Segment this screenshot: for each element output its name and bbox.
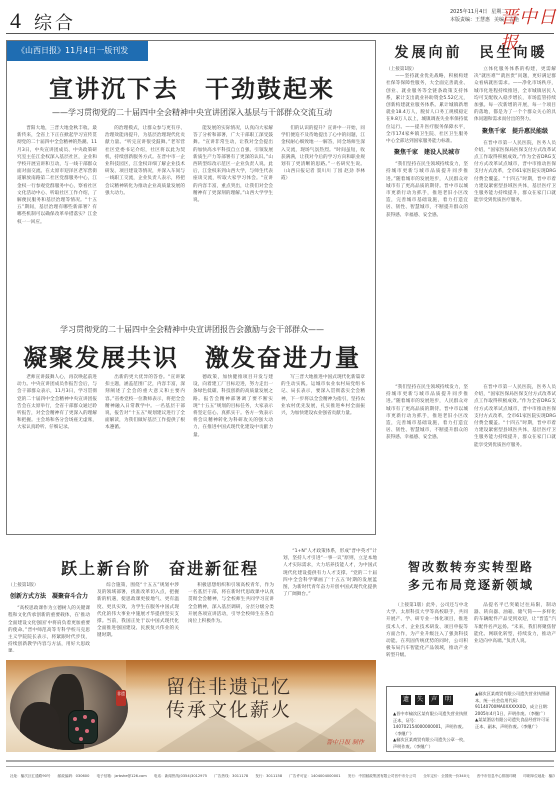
article-text: 出新的更大优异的答卷。“宣讲紧扣主题，涵盖范围广泛，内容丰富，深刻阐述了全会的重… (105, 374, 185, 432)
article-text: 综合施策，围绕“十五五”规划中涉及的领域部署，找准改革切入点，把握新的机遇，使思… (97, 582, 179, 640)
masthead-divider (6, 33, 554, 34)
footer-price: 全年定价：全国统一价340元 (423, 774, 469, 778)
lead-column-2: 的治理模式，让群众参与更有序、治理效能再提升，为基层治理现代化贡献力量。“听完宣… (105, 125, 185, 315)
right-column-2: 立体化服务体系的构建，更需解决“就医难”“就医贵”问题，更好满足群众看病就医需求… (474, 66, 556, 381)
right2-column-2: 品提名平已突破过往局限，制动器、转向器、油箱、储气筒——多样化的车辆配件产品受到… (474, 602, 556, 680)
second-subheadline: 学习贯彻党的二十届四中全会精神中央宣讲团报告会激励与会干部群众—— (7, 324, 377, 335)
lead-headline: 宣讲沉下去 干劲鼓起来 (7, 69, 377, 104)
second-column-2: 出新的更大优异的答卷。“宣讲紧扣主题，涵盖范围广泛，内容丰富，深刻阐述了全会的重… (105, 374, 185, 529)
article-text: “高校思政课作为立德树人的关键课程和文化传承创新的重要载体，在‘推动全面建设文化… (8, 605, 90, 652)
republish-tag: 《山西日报》11月4日一版刊发 (7, 41, 148, 61)
lost-notice-box: 遗 失 声 明 ▲晋中市榆次区某有限公司遗失营业执照正本，证号：14070215… (386, 686, 556, 752)
footer-ad-license: 广告许可证：1404004000001 (289, 774, 340, 778)
article-text: 写三晋大地推进中国式现代化新篇章的生动实践。运城市农业农村局党组书记、局长表示，… (281, 374, 365, 417)
article-text: ——坚持就业优先战略，积极构建社保等保障性服务，大全面完善就业、创业、就业服务等… (386, 73, 468, 145)
lead-article-box: 《山西日报》11月4日一版刊发 宣讲沉下去 干劲鼓起来 ——学习贯彻党的二十届四… (6, 40, 376, 535)
footer-postcode: 邮政编码：030600 (58, 774, 90, 778)
footer-distribution-phone: 发行：3011158 (255, 774, 282, 778)
footer-ad-phone: 广告热线：3011178 (214, 774, 248, 778)
third-column-3: 积极思想组织和引领高校青年，作为一名基层干部，将在新时代思政课中认真贯彻全会精神… (188, 582, 274, 652)
continued-from-label: （上接第1版） (386, 66, 468, 73)
article-text: 老师宣讲鼓舞人心，再次唤起前进动力。中央宣讲团成员作报告会后，与会干部群众表示，… (17, 374, 97, 432)
article-text: 们的认识的提升？宣讲中一开始，同学们便迫不及待地提出了心中的问题，江金权耐心细致… (281, 125, 365, 183)
article-text: 晋阳大地，三晋大地金秋丰收。最新传来，全省上下正在掀起学习宣传贯彻党的二十届四中… (17, 125, 97, 226)
footer-print-address: 印刷单位地址：榆次区文苑街179号 (523, 774, 555, 778)
article-text: 品提名平已突破过往局限，制动器、转向器、油箱、储气筒——多样化的车辆配件产品受到… (474, 602, 556, 645)
imprint-footer: 社址：榆次区汇通路90号 邮政编码：030600 电子信箱：jzrbshe@12… (10, 774, 555, 779)
banner-title: 留住非遗记忆 传承文化薪火 (166, 676, 292, 722)
lead-column-1: 晋阳大地，三晋大地金秋丰收。最新传来，全省上下正在掀起学习宣传贯彻党的二十届四中… (17, 125, 97, 315)
seal-stamp: 非遗 (116, 690, 126, 706)
artisan-photo (10, 666, 128, 750)
article-text: 的治理模式，让群众参与更有序、治理效能再提升，为基层治理现代化贡献力量。“听完宣… (105, 125, 185, 197)
notice-title-char: 声 (429, 695, 439, 705)
third-column-4: “1+N”人才政策体系，形成“晋中英才”计划，坚持人才引进“一事一议”原则，立足… (283, 548, 377, 652)
article-text: 在晋中市第一人民医院，医务人员介绍，“国家医保局医保支付方式改革试点工作取得积极… (474, 140, 556, 205)
notice-column-1: ▲晋中市榆次区某有限公司遗失营业执照正本，证号：1407021540000000… (393, 711, 469, 751)
footer-rule (6, 766, 554, 767)
article-text: 积极思想组织和引领高校青年，作为一名基层干部，将在新时代思政课中认真贯彻全会精神… (188, 582, 274, 625)
notice-item: ▲晋中市榆次区某有限公司遗失营业执照正本，证号：1407021540000000… (393, 711, 469, 737)
right-column-1: （上接第1版） ——坚持就业优先战略，积极构建社保等保障性服务，大全面完善就业、… (386, 66, 468, 381)
second-column-1: 老师宣讲鼓舞人心，再次唤起前进动力。中央宣讲团成员作报告会后，与会干部群众表示，… (17, 374, 97, 529)
footer-email: 电子信箱：jzrbshe@126.com (97, 774, 147, 778)
banner-title-line-1: 留住非遗记忆 (166, 676, 292, 699)
article-text: （上接第1版）此外，公司还与中北大学、太原科技大学等高校联手，共同开展产、学、研… (386, 602, 468, 660)
footer-printer: 晋中市信息中心排版印刷 (477, 774, 517, 778)
lead-column-3: 能发展的实际情况，认真向大家解答了分析和部署，广大干部职工深受鼓舞。“宣讲非常生… (193, 125, 273, 315)
right-headline-2: 智改数转夯实转型路 多元布局竞逐新领域 (386, 558, 556, 594)
third-headline: 跃上新台阶 奋进新征程 (40, 556, 280, 579)
banner-credit: 晋中日报 制作 (326, 737, 364, 746)
editor-credit: 本版责编：王慧惠 (450, 17, 490, 23)
article-text: “我们坚持在民生领域持续发力，坚持城市更新与城市品质提升同步推进。”随着城市的发… (386, 161, 468, 219)
notice-item: ▲某某酒店有限公司遗失食品经营许可证正本、副本，声明作废。（李继广） (475, 717, 551, 730)
notice-column-2: ▲榆次区某商贸有限公司遗失营业执照副本，统一社会信用代码：91140700MA0… (475, 691, 551, 731)
second-column-4: 写三晋大地推进中国式现代化新篇章的生动实践。运城市农业农村局党组书记、局长表示，… (281, 374, 365, 529)
notice-title: 遗 失 声 明 (401, 695, 453, 705)
right-subhead-1: 聚焦千家 建设人民城市 (386, 148, 468, 158)
banner-title-line-2: 传承文化薪火 (166, 699, 292, 722)
lacquer-vase (68, 710, 98, 744)
second-column-3: 德政策，加快健推项目开发与建设，向着建工厂目标迈进，努力走出一条绿色低碳、科技创… (193, 374, 273, 529)
notice-title-char: 明 (443, 695, 453, 705)
lead-subheadline: ——学习贯彻党的二十届四中全会精神中央宣讲团深入基层与干部群众交流互动 (7, 107, 377, 118)
right-column-4: 在晋中市第一人民医院，医务人员介绍，“国家医保局医保支付方式改革试点工作取得积极… (474, 384, 556, 544)
footer-address: 社址：榆次区汇通路90号 (10, 774, 51, 778)
right-headline-2-line-1: 智改数转夯实转型路 (386, 558, 556, 576)
notice-item: ▲榆次区某商贸有限公司遗失公章一枚，声明作废。（李继广） (393, 737, 469, 750)
article-text: 立体化服务体系的构建，更需解决“就医难”“就医贵”问题，更好满足群众看病就医需求… (474, 66, 556, 124)
right-headline: 发展向前 民生向暖 (386, 42, 556, 62)
third-column-1: （上接第1版） 创新方式方法 凝聚奋斗合力 “高校思政课作为立德树人的关键课程和… (8, 582, 90, 652)
third-subhead: 创新方式方法 凝聚奋斗合力 (8, 592, 90, 602)
heritage-banner: 非遗 留住非遗记忆 传承文化薪火 晋中日报 制作 (6, 660, 376, 752)
right-headline-2-line-2: 多元布局竞逐新领域 (386, 576, 556, 594)
article-text: 在晋中市第一人民医院，医务人员介绍，“国家医保局医保支付方式改革试点工作取得积极… (474, 384, 556, 449)
footer-rule (6, 760, 554, 762)
masthead: 4 综合 2025年11月4日星期二 本版责编：王慧惠美编：吉艳 晋中日报 (0, 0, 560, 34)
footer-distributor: 发行：中国邮政集团有限公司晋中市分公司 (348, 774, 416, 778)
apprentice-artisan (20, 702, 60, 750)
continued-from-label: （上接第1版） (8, 582, 90, 589)
article-text: “我们坚持在民生领域持续发力，坚持城市更新与城市品质提升同步推进。”随着城市的发… (386, 384, 468, 442)
issue-date: 2025年11月4日 (450, 9, 487, 15)
right2-column-1: （上接第1版）此外，公司还与中北大学、太原科技大学等高校联手，共同开展产、学、研… (386, 602, 468, 680)
page-number: 4 (10, 8, 21, 34)
notice-title-char: 失 (415, 695, 425, 705)
second-headline: 凝聚发展共识 激发奋进力量 (7, 338, 377, 373)
article-text: 能发展的实际情况，认真向大家解答了分析和部署，广大干部职工深受鼓舞。“宣讲非常生… (193, 125, 273, 204)
section-name: 综合 (34, 9, 76, 35)
footer-news-phone: 电话：新闻热线(0354)3012975 (154, 774, 207, 778)
lead-column-4: 们的认识的提升？宣讲中一开始，同学们便迫不及待地提出了心中的问题，江金权耐心细致… (281, 125, 365, 315)
right-column-3: “我们坚持在民生领域持续发力，坚持城市更新与城市品质提升同步推进。”随着城市的发… (386, 384, 468, 544)
article-text: 德政策，加快健推项目开发与建设，向着建工厂目标迈进，努力走出一条绿色低碳、科技创… (193, 374, 273, 439)
third-column-2: 综合施策，围绕“十五五”规划中涉及的领域部署，找准改革切入点，把握新的机遇，使思… (97, 582, 179, 652)
article-text: “1+N”人才政策体系，形成“晋中英才”计划，坚持人才引进“一事一议”原则，立足… (283, 548, 377, 598)
notice-title-char: 遗 (401, 695, 411, 705)
notice-item: ▲榆次区某商贸有限公司遗失营业执照副本，统一社会信用代码：91140700MA0… (475, 691, 551, 717)
right-subhead-2: 聚焦千家 提升惠民能级 (474, 127, 556, 137)
